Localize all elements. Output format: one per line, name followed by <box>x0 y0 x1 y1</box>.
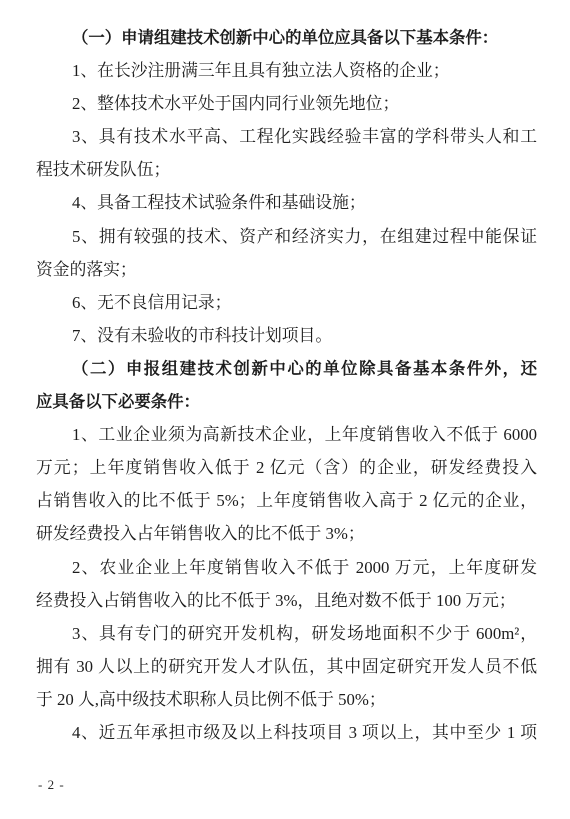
list-item-line: 经费投入占销售收入的比不低于 3%，且绝对数不低于 100 万元； <box>36 584 537 617</box>
list-item-line: 资金的落实； <box>36 253 537 286</box>
list-item-line: 研发经费投入占年销售收入的比不低于 3%； <box>36 517 537 550</box>
list-item-line: 1、在长沙注册满三年且具有独立法人资格的企业； <box>36 54 537 87</box>
list-item-line: 拥有 30 人以上的研究开发人才队伍，其中固定研究开发人员不低 <box>36 650 537 683</box>
page-number: - 2 - <box>38 777 65 793</box>
list-item-line: 6、无不良信用记录； <box>36 286 537 319</box>
list-item-line: 3、具有专门的研究开发机构，研发场地面积不少于 600m²， <box>36 617 537 650</box>
list-item-line: 2、农业企业上年度销售收入不低于 2000 万元，上年度研发 <box>36 551 537 584</box>
list-item-line: 7、没有未验收的市科技计划项目。 <box>36 319 537 352</box>
list-item-line: 万元；上年度销售收入低于 2 亿元（含）的企业，研发经费投入 <box>36 451 537 484</box>
list-item-line: 1、工业企业须为高新技术企业，上年度销售收入不低于 6000 <box>36 418 537 451</box>
list-item-line: 3、具有技术水平高、工程化实践经验丰富的学科带头人和工 <box>36 120 537 153</box>
list-item-line: 2、整体技术水平处于国内同行业领先地位； <box>36 87 537 120</box>
section-heading-line: 应具备以下必要条件： <box>36 385 537 418</box>
list-item-line: 占销售收入的比不低于 5%；上年度销售收入高于 2 亿元的企业， <box>36 484 537 517</box>
list-item-line: 于 20 人,高中级技术职称人员比例不低于 50%； <box>36 683 537 716</box>
document-page: （一）申请组建技术创新中心的单位应具备以下基本条件：1、在长沙注册满三年且具有独… <box>0 0 570 819</box>
list-item-line: 4、具备工程技术试验条件和基础设施； <box>36 186 537 219</box>
section-heading-line: （一）申请组建技术创新中心的单位应具备以下基本条件： <box>36 21 537 54</box>
document-body: （一）申请组建技术创新中心的单位应具备以下基本条件：1、在长沙注册满三年且具有独… <box>36 21 537 749</box>
list-item-line: 程技术研发队伍； <box>36 153 537 186</box>
section-heading-line: （二）申报组建技术创新中心的单位除具备基本条件外，还 <box>36 352 537 385</box>
list-item-line: 4、近五年承担市级及以上科技项目 3 项以上，其中至少 1 项 <box>36 716 537 749</box>
list-item-line: 5、拥有较强的技术、资产和经济实力，在组建过程中能保证 <box>36 220 537 253</box>
